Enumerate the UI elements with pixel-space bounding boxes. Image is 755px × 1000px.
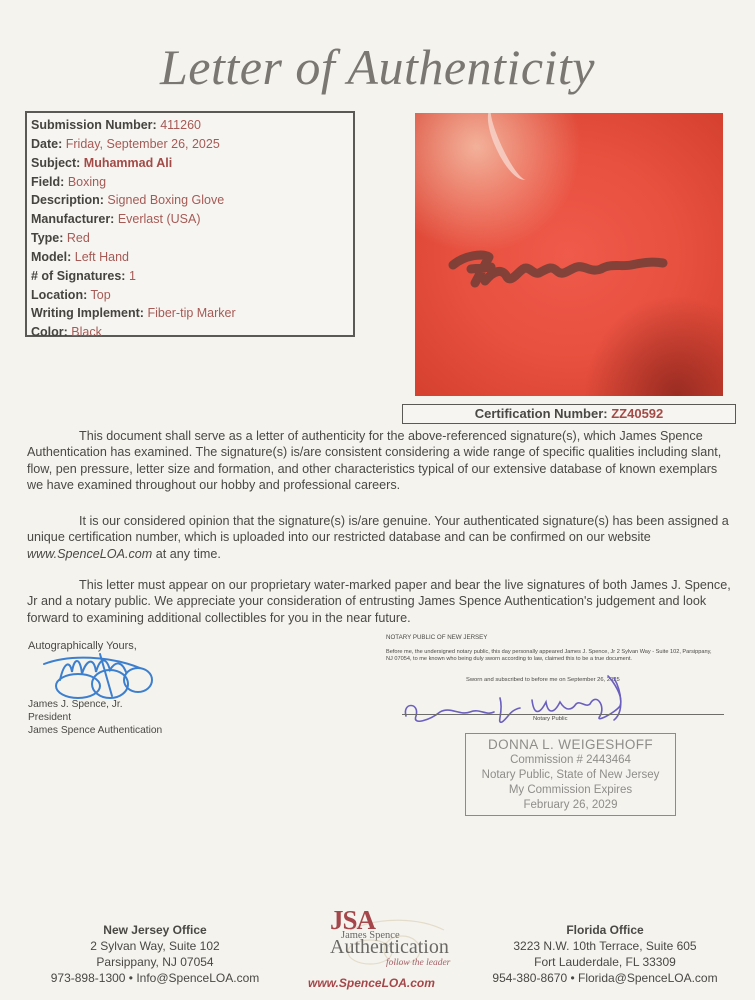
office-title: Florida Office bbox=[470, 922, 740, 938]
detail-label: Description: bbox=[31, 193, 104, 207]
detail-value: Top bbox=[91, 288, 111, 302]
detail-value: Left Hand bbox=[75, 250, 129, 264]
certification-number-box: Certification Number: ZZ40592 bbox=[402, 404, 736, 424]
signer-block: James J. Spence, Jr. President James Spe… bbox=[28, 698, 162, 737]
notary-expires-date: February 26, 2029 bbox=[466, 798, 675, 813]
paragraph-examination: This document shall serve as a letter of… bbox=[27, 428, 732, 494]
notary-signature-line bbox=[402, 714, 724, 715]
office-contact[interactable]: 954-380-8670 • Florida@SpenceLOA.com bbox=[470, 970, 740, 986]
notary-expires-label: My Commission Expires bbox=[466, 783, 675, 798]
office-title: New Jersey Office bbox=[28, 922, 282, 938]
office-address-line1: 3223 N.W. 10th Terrace, Suite 605 bbox=[470, 938, 740, 954]
detail-value: Muhammad Ali bbox=[84, 156, 172, 170]
office-florida: Florida Office 3223 N.W. 10th Terrace, S… bbox=[470, 922, 740, 986]
opinion-text: It is our considered opinion that the si… bbox=[27, 514, 729, 544]
signer-name: James J. Spence, Jr. bbox=[28, 698, 162, 711]
detail-value: Red bbox=[67, 231, 90, 245]
certification-label: Certification Number: bbox=[475, 406, 608, 421]
notary-name: DONNA L. WEIGESHOFF bbox=[466, 736, 675, 753]
detail-row: # of Signatures: 1 bbox=[31, 267, 353, 286]
signature-photo bbox=[415, 113, 723, 396]
detail-row: Description: Signed Boxing Glove bbox=[31, 191, 353, 210]
office-address-line2: Parsippany, NJ 07054 bbox=[28, 954, 282, 970]
detail-value: Everlast (USA) bbox=[118, 212, 201, 226]
detail-label: Date: bbox=[31, 137, 62, 151]
signer-role: President bbox=[28, 711, 162, 724]
office-address-line1: 2 Sylvan Way, Suite 102 bbox=[28, 938, 282, 954]
detail-value: 1 bbox=[129, 269, 136, 283]
glove-signature-graphic bbox=[445, 233, 685, 293]
detail-label: Writing Implement: bbox=[31, 306, 144, 320]
president-signature-graphic bbox=[40, 650, 160, 702]
detail-value: Boxing bbox=[68, 175, 106, 189]
detail-label: Color: bbox=[31, 325, 68, 339]
detail-row: Location: Top bbox=[31, 286, 353, 305]
detail-label: Subject: bbox=[31, 156, 80, 170]
detail-label: Type: bbox=[31, 231, 63, 245]
detail-row: Subject: Muhammad Ali bbox=[31, 154, 353, 173]
document-title: Letter of Authenticity bbox=[0, 38, 755, 96]
notary-signature-graphic bbox=[400, 672, 630, 734]
website-link[interactable]: www.SpenceLOA.com bbox=[27, 547, 152, 561]
detail-value: Black bbox=[71, 325, 102, 339]
submission-details-box: Submission Number: 411260Date: Friday, S… bbox=[25, 111, 355, 337]
detail-row: Field: Boxing bbox=[31, 173, 353, 192]
logo-authentication-text: Authentication bbox=[330, 936, 449, 959]
detail-row: Color: Black bbox=[31, 323, 353, 342]
notary-commission: Commission # 2443464 bbox=[466, 753, 675, 768]
office-contact[interactable]: 973-898-1300 • Info@SpenceLOA.com bbox=[28, 970, 282, 986]
certification-number: ZZ40592 bbox=[611, 406, 663, 421]
detail-value: 411260 bbox=[160, 118, 201, 132]
detail-row: Type: Red bbox=[31, 229, 353, 248]
jsa-logo: JSA James Spence Authentication follow t… bbox=[300, 905, 460, 990]
detail-row: Writing Implement: Fiber-tip Marker bbox=[31, 304, 353, 323]
notary-state: Notary Public, State of New Jersey bbox=[466, 768, 675, 783]
detail-row: Submission Number: 411260 bbox=[31, 116, 353, 135]
notary-statement: Before me, the undersigned notary public… bbox=[386, 649, 716, 663]
detail-label: Location: bbox=[31, 288, 87, 302]
logo-tagline: follow the leader bbox=[386, 958, 450, 968]
detail-label: Model: bbox=[31, 250, 71, 264]
detail-label: Manufacturer: bbox=[31, 212, 114, 226]
logo-website-link[interactable]: www.SpenceLOA.com bbox=[308, 976, 435, 990]
detail-value: Friday, September 26, 2025 bbox=[66, 137, 220, 151]
detail-value: Fiber-tip Marker bbox=[147, 306, 235, 320]
notary-line-label: Notary Public bbox=[533, 716, 567, 722]
detail-label: Field: bbox=[31, 175, 64, 189]
detail-row: Manufacturer: Everlast (USA) bbox=[31, 210, 353, 229]
opinion-text-end: at any time. bbox=[152, 547, 221, 561]
detail-label: Submission Number: bbox=[31, 118, 157, 132]
detail-value: Signed Boxing Glove bbox=[107, 193, 224, 207]
details-list: Submission Number: 411260Date: Friday, S… bbox=[31, 116, 353, 342]
signer-company: James Spence Authentication bbox=[28, 724, 162, 737]
paragraph-paper: This letter must appear on our proprieta… bbox=[27, 577, 732, 626]
notary-stamp: DONNA L. WEIGESHOFF Commission # 2443464… bbox=[465, 733, 676, 816]
paragraph-opinion: It is our considered opinion that the si… bbox=[27, 513, 732, 562]
glove-lace-highlight bbox=[479, 113, 538, 185]
detail-row: Model: Left Hand bbox=[31, 248, 353, 267]
detail-label: # of Signatures: bbox=[31, 269, 125, 283]
notary-heading: NOTARY PUBLIC OF NEW JERSEY bbox=[386, 634, 487, 641]
detail-row: Date: Friday, September 26, 2025 bbox=[31, 135, 353, 154]
office-new-jersey: New Jersey Office 2 Sylvan Way, Suite 10… bbox=[28, 922, 282, 986]
office-address-line2: Fort Lauderdale, FL 33309 bbox=[470, 954, 740, 970]
